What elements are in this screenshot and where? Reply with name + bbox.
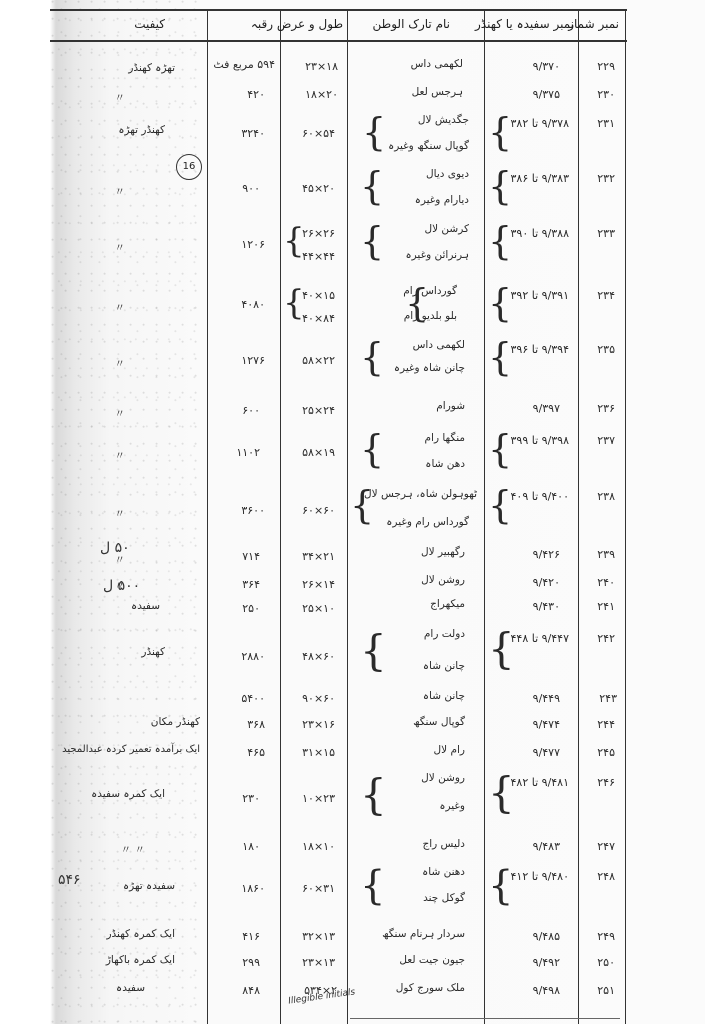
plot-brace: {	[488, 284, 512, 322]
area-cell: ۱۲۷۶	[241, 354, 265, 367]
dims-cell: ۱۰×۲۵	[302, 602, 335, 615]
plot-cell: ۹/۴۲۶	[533, 548, 560, 561]
dims-cell: ۲۰×۱۸	[305, 88, 338, 101]
col-line-plot-serial	[578, 9, 579, 1024]
name-brace: {	[360, 866, 385, 906]
name-cell: وغیرہ	[439, 800, 465, 812]
serial-cell: ۲۴۶	[597, 776, 615, 789]
area-cell: ۱۸۰	[242, 840, 260, 853]
plot-cell: ۹/۴۸۱ تا ۴۸۲	[511, 776, 569, 789]
name-cell: دولت رام	[424, 628, 465, 640]
serial-cell: ۲۴۳	[599, 692, 617, 705]
area-cell: ۵۹۴ مربع فٹ	[213, 58, 275, 71]
plot-cell: ۹/۳۹۴ تا ۳۹۶	[511, 343, 569, 356]
area-cell: ۸۴۸	[242, 984, 260, 997]
serial-cell: ۲۳۴	[597, 289, 615, 302]
name-cell: چانن شاہ وغیرہ	[394, 362, 465, 374]
header-bottom-border	[50, 40, 627, 42]
dims-cell: ۲۳×۱۰	[302, 792, 335, 805]
remarks-cell: ایک کمرہ باکھاڑ	[106, 954, 175, 966]
name-brace: {	[350, 486, 374, 524]
remarks-cell: 〃	[115, 184, 126, 199]
area-cell: ۷۱۴	[242, 550, 260, 563]
plot-cell: ۹/۴۹۲	[533, 956, 560, 969]
dims-cell: ۱۴×۲۶	[302, 578, 335, 591]
remarks-cell: سفیدہ	[116, 982, 145, 994]
plot-cell: ۹/۴۷۷	[533, 746, 560, 759]
remarks-cell: ایک برآمدہ تعمیر کردہ عبدالمجید	[62, 744, 200, 755]
serial-cell: ۲۳۲	[597, 172, 615, 185]
area-cell: ۲۹۹	[242, 956, 260, 969]
plot-brace: {	[488, 430, 512, 468]
dims-cell: ۱۸×۲۳	[305, 60, 338, 73]
serial-cell: ۲۴۵	[597, 746, 615, 759]
header-area: رقبہ	[251, 17, 273, 31]
area-cell: ۶۰۰	[242, 404, 260, 417]
area-cell: ۳۲۴۰	[241, 127, 265, 140]
plot-brace: {	[488, 167, 512, 205]
plot-brace: {	[488, 222, 512, 260]
dims-cell: ۶۰×۶۰	[302, 504, 335, 517]
name-cell: ہرنرائن وغیرہ	[405, 249, 469, 261]
serial-cell: ۲۵۰	[597, 956, 615, 969]
name-cell: دلیس راج	[422, 838, 465, 850]
header-serial-no: نمبر شمار	[568, 17, 619, 31]
name-cell: لکھمی داس	[413, 339, 465, 351]
name-cell: دیارام وغیرہ	[415, 194, 469, 206]
name-cell: لکھمی داس	[411, 58, 463, 70]
dims-cell: ۳۱×۶۰	[302, 882, 335, 895]
remarks-cell: تھڑہ کھنڈر	[128, 62, 175, 74]
area-cell: ۴۱۶	[242, 930, 260, 943]
name-cell: روشن لال	[421, 772, 465, 784]
col-line-name-plot	[484, 9, 485, 1024]
serial-cell: ۲۳۷	[597, 434, 615, 447]
serial-cell: ۲۴۰	[597, 576, 615, 589]
plot-cell: ۹/۳۸۳ تا ۳۸۶	[511, 172, 569, 185]
area-cell: ۵۴۰۰	[241, 692, 265, 705]
dims-cell: ۱۶×۲۳	[302, 718, 335, 731]
plot-cell: ۹/۳۸۸ تا ۳۹۰	[511, 227, 569, 240]
dims-cell: ۲۱×۳۴	[302, 550, 335, 563]
dims-cell: ۵۴×۶۰	[302, 127, 335, 140]
name-cell: چانن شاہ	[423, 690, 465, 702]
remarks-cell: سفیدہ	[131, 600, 160, 612]
area-cell: ۱۱۰۲	[236, 446, 260, 459]
dims-cell: ۴۴×۴۴	[302, 250, 335, 263]
name-brace: {	[360, 338, 384, 376]
area-cell: ۱۲۰۶	[241, 238, 265, 251]
name-cell: شورام	[436, 400, 465, 412]
area-cell: ۹۰۰	[242, 182, 260, 195]
dims-cell: ۶۰×۴۸	[302, 650, 335, 663]
plot-cell: ۹/۳۹۸ تا ۳۹۹	[511, 434, 569, 447]
margin-note: ۵۰ ل	[100, 540, 130, 556]
dims-cell: ۸۴×۴۰	[302, 312, 335, 325]
area-cell: ۲۳۰	[242, 792, 260, 805]
remarks-cell: سفیدہ تھڑہ	[123, 880, 175, 892]
dims-cell: ۱۵×۴۰	[302, 289, 335, 302]
name-cell: روشن لال	[421, 574, 465, 586]
serial-cell: ۲۴۲	[597, 632, 615, 645]
name-cell: دھن شاہ	[425, 458, 465, 470]
plot-cell: ۹/۴۸۰ تا ۴۱۲	[511, 870, 569, 883]
remarks-cell: 〃	[115, 240, 126, 255]
remarks-cell: 〃 〃	[121, 842, 145, 857]
margin-note: ۵۰۰ ل	[103, 578, 140, 594]
area-cell: ۴۰۸۰	[241, 298, 265, 311]
name-brace: {	[362, 113, 386, 151]
remarks-cell: 〃	[115, 506, 126, 521]
plot-cell: ۹/۳۷۰	[533, 60, 560, 73]
dims-cell: ۲۶×۲۶	[302, 227, 335, 240]
serial-cell: ۲۴۷	[597, 840, 615, 853]
serial-cell: ۲۴۹	[597, 930, 615, 943]
name-cell: گورداس رام وغیرہ	[386, 516, 469, 528]
name-brace: {	[405, 284, 429, 322]
dims-cell: ۱۹×۵۸	[302, 446, 335, 459]
name-cell: گوکل چند	[423, 892, 465, 904]
name-cell: ٹھوہولن شاہ، ہرجس لال	[364, 488, 477, 500]
name-cell: جگدیش لال	[418, 114, 469, 126]
serial-cell: ۲۳۶	[597, 402, 615, 415]
remarks-cell: 〃	[115, 448, 126, 463]
name-cell: منگھا رام	[425, 432, 465, 444]
name-brace: {	[360, 630, 387, 672]
table-top-border	[50, 9, 627, 11]
remarks-cell: 〃	[115, 356, 126, 371]
dims-cell: ۱۳×۲۳	[302, 956, 335, 969]
dims-cell: ۲۴×۲۵	[302, 404, 335, 417]
name-cell: میکھراج	[430, 598, 465, 610]
col-line-area-left	[207, 9, 208, 1024]
name-cell: چانن شاہ	[423, 660, 465, 672]
header-remarks: کیفیت	[134, 17, 165, 31]
header-evacuee-name: نام تارک الوطن	[373, 17, 450, 31]
name-cell: جیون جیت لعل	[399, 954, 465, 966]
name-cell: رام لال	[434, 744, 465, 756]
remarks-cell: 〃	[115, 300, 126, 315]
plot-cell: ۹/۳۹۱ تا ۳۹۲	[511, 289, 569, 302]
serial-cell: ۲۳۰	[597, 88, 615, 101]
name-cell: ملک سورج کول	[396, 982, 465, 994]
name-cell: کرشن لال	[424, 223, 469, 235]
col-line-area-dims	[280, 9, 281, 1024]
remarks-cell: کھنڈر مکان	[151, 716, 200, 728]
dims-cell: ۲۰×۴۵	[302, 182, 335, 195]
remarks-cell: کھنڈر	[141, 646, 165, 658]
serial-cell: ۲۳۱	[597, 117, 615, 130]
area-cell: ۳۶۰۰	[241, 504, 265, 517]
remarks-cell: ایک کمرہ سفیدہ	[91, 788, 165, 800]
plot-cell: ۹/۴۴۷ تا ۴۴۸	[511, 632, 569, 645]
name-brace: {	[360, 774, 387, 816]
remarks-cell: ایک کمرہ کھنڈر	[106, 928, 175, 940]
remarks-cell: 〃	[115, 90, 126, 105]
dims-cell: ۱۰×۱۸	[302, 840, 335, 853]
plot-cell: ۹/۴۲۰	[533, 576, 560, 589]
name-cell: رگھبیر لال	[421, 546, 465, 558]
serial-cell: ۲۳۸	[597, 490, 615, 503]
name-brace: {	[360, 222, 384, 260]
plot-brace: {	[488, 338, 512, 376]
plot-cell: ۹/۴۴۹	[533, 692, 560, 705]
plot-cell: ۹/۴۸۳	[533, 840, 560, 853]
plot-brace: {	[488, 113, 512, 151]
serial-cell: ۲۴۱	[597, 600, 615, 613]
area-cell: ۲۸۸۰	[241, 650, 265, 663]
plot-cell: ۹/۴۹۸	[533, 984, 560, 997]
name-brace: {	[360, 430, 384, 468]
name-brace: {	[360, 167, 384, 205]
margin-note: ۵۴۶	[58, 872, 81, 888]
plot-brace: {	[488, 486, 512, 524]
page-number-circle: 16	[176, 154, 202, 180]
area-cell: ۳۶۴	[242, 578, 260, 591]
remarks-cell: کھنڈر تھڑہ	[118, 124, 165, 136]
area-cell: ۴۶۵	[247, 746, 265, 759]
plot-cell: ۹/۴۳۰	[533, 600, 560, 613]
name-cell: دھنن شاہ	[422, 866, 465, 878]
dims-cell: ۲۲×۵۸	[302, 354, 335, 367]
serial-cell: ۲۲۹	[597, 60, 615, 73]
serial-cell: ۲۳۵	[597, 343, 615, 356]
plot-cell: ۹/۳۷۵	[533, 88, 560, 101]
area-cell: ۱۸۶۰	[241, 882, 265, 895]
plot-cell: ۹/۴۰۰ تا ۴۰۹	[511, 490, 569, 503]
area-cell: ۲۵۰	[242, 602, 260, 615]
plot-cell: ۹/۳۷۸ تا ۳۸۲	[511, 117, 569, 130]
serial-cell: ۲۳۹	[597, 548, 615, 561]
dims-cell: ۱۵×۳۱	[302, 746, 335, 759]
name-cell: سردار ہرنام سنگھ	[382, 928, 465, 940]
plot-cell: ۹/۳۹۷	[533, 402, 560, 415]
area-cell: ۴۲۰	[247, 88, 265, 101]
area-cell: ۳۶۸	[247, 718, 265, 731]
cut-row-hint	[350, 1018, 620, 1019]
name-cell: ہرجس لعل	[412, 86, 463, 98]
plot-cell: ۹/۴۸۵	[533, 930, 560, 943]
dims-cell: ۱۳×۳۲	[302, 930, 335, 943]
header-plot-no: نمبر سفیدہ یا کھنڈر	[475, 17, 574, 31]
dims-cell: ۶۰×۹۰	[302, 692, 335, 705]
scan-noise	[50, 0, 200, 1024]
serial-cell: ۲۵۱	[597, 984, 615, 997]
name-cell: دیوی دیال	[426, 168, 469, 180]
serial-cell: ۲۳۳	[597, 227, 615, 240]
col-line-right-edge	[625, 9, 626, 1024]
header-length-breadth: طول و عرض	[277, 17, 343, 31]
col-line-dims-name	[347, 9, 348, 1024]
plot-cell: ۹/۴۷۴	[533, 718, 560, 731]
serial-cell: ۲۴۴	[597, 718, 615, 731]
scanned-page: نمبر شمار نمبر سفیدہ یا کھنڈر نام تارک ا…	[0, 0, 705, 1024]
name-cell: گوپال سنگھ	[413, 716, 465, 728]
remarks-cell: 〃	[115, 406, 126, 421]
serial-cell: ۲۴۸	[597, 870, 615, 883]
name-cell: گوپال سنگھ وغیرہ	[388, 140, 469, 152]
